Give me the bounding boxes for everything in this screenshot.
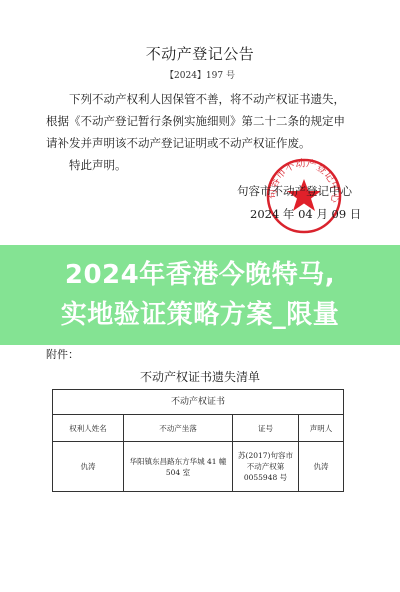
headline-banner: 2024年香港今晚特马, 实地验证策略方案_限量 [0,245,400,345]
table-row: 仇涛 华阳镇东昌路东方华城 41 幢 504 室 苏(2017)句容市不动产权第… [53,442,344,492]
notice-body-paragraph: 下列不动产权利人因保管不善，将不动产权证书遗失，根据《不动产登记暂行条例实施细则… [46,88,351,154]
signature-date: 2024 年 04 月 09 日 [250,206,361,222]
lost-certificate-table: 不动产权证书 权利人姓名 不动产坐落 证号 声明人 仇涛 华阳镇东昌路东方华城 … [52,389,344,492]
table-caption: 不动产权证书 [53,390,344,415]
cell-cert-number: 苏(2017)句容市不动产权第 0055948 号 [233,442,299,492]
column-header-cert-number: 证号 [233,415,299,442]
column-header-location: 不动产坐落 [124,415,233,442]
cell-owner: 仇涛 [53,442,124,492]
cell-declarant: 仇涛 [299,442,344,492]
lost-certificate-list-title: 不动产权证书遗失清单 [0,368,400,385]
table-header-row: 权利人姓名 不动产坐落 证号 声明人 [53,415,344,442]
attachment-label: 附件： [46,346,79,362]
notice-title: 不动产登记公告 [0,43,400,64]
signature-organization: 句容市不动产登记中心 [237,183,352,199]
notice-number: 【2024】197 号 [0,68,400,81]
cell-location: 华阳镇东昌路东方华城 41 幢 504 室 [124,442,233,492]
banner-headline-line-2: 实地验证策略方案_限量 [61,295,340,335]
column-header-declarant: 声明人 [299,415,344,442]
banner-headline-line-1: 2024年香港今晚特马, [65,255,335,295]
table-caption-row: 不动产权证书 [53,390,344,415]
column-header-owner: 权利人姓名 [53,415,124,442]
